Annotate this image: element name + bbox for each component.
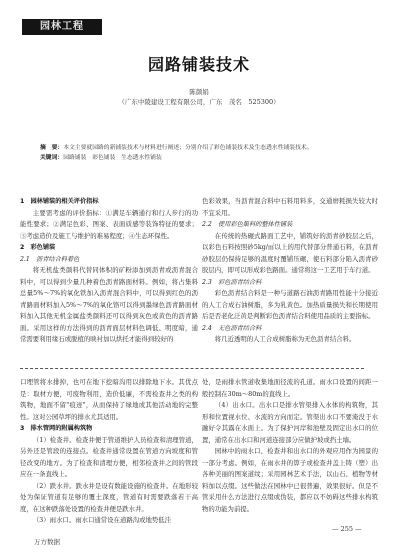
subsection-heading: 2.3 彩色沥青结合料 xyxy=(202,277,378,289)
paragraph: 在传统的热碾式路面工艺中，铺筑好的沥青砂胶层之后，以彩色石料按照砂5kg/㎡以上… xyxy=(202,231,378,277)
paragraph: （3）雨水口。雨水口通常设在道路沟或地势低洼 xyxy=(20,515,198,527)
paragraph: （2）跌水井。跌水井是设有数能设施的检查井。在地形较处为保证管道有足够的覆土深度… xyxy=(20,481,198,516)
section-heading: 3 排水管网的附属构筑物 xyxy=(20,423,198,435)
column-bottom-left: 口埋管将水排掉，也可在地下挖暗沟用以排除地下水。其优点是：取材方便，可废物利用，… xyxy=(20,377,198,527)
paragraph: 处，是雨排水管道收集地面径流的孔道。雨水口设置的间距一般控制在30m～80m的直… xyxy=(202,377,378,400)
abstract-label: 摘 要： xyxy=(40,145,63,151)
paragraph: 口埋管将水排掉，也可在地下挖暗沟用以排除地下水。其优点是：取材方便，可废物利用，… xyxy=(20,377,198,423)
subsection-heading: 2.4 无色沥青结合料 xyxy=(202,323,378,335)
column-bottom-right: 处，是雨排水管道收集地面径流的孔道。雨水口设置的间距一般控制在30m～80m的直… xyxy=(202,377,378,515)
keywords-text: 园路铺装 彩色铺装 生态透水性铺装 xyxy=(63,155,162,161)
section-tag: 园林工程 xyxy=(22,19,102,35)
affiliation: （广东中陵建设工程有限公司，广东 茂名 525300） xyxy=(0,97,398,106)
section-divider xyxy=(20,368,364,369)
abstract: 摘 要：本文主要就园路的新铺装技术与材料进行阐述；分别介绍了彩色铺装技术及生态透… xyxy=(40,143,370,153)
paragraph: （4）出水口。出水口是排水管渠排入水体的构筑物，其形和位置视水位、水流的方向而定… xyxy=(202,400,378,446)
paragraph: 色彩效果，当沥青混合料中石料用料多，交通磨耗损失较大时不宜采用。 xyxy=(202,196,378,219)
subsection-heading: 2.2 使用彩色集料的整体性铺装 xyxy=(202,219,378,231)
abstract-block: 摘 要：本文主要就园路的新铺装技术与材料进行阐述；分别介绍了彩色铺装技术及生态透… xyxy=(40,143,370,163)
keywords: 关键词：园路铺装 彩色铺装 生态透水性铺装 xyxy=(40,153,370,163)
paragraph: 园林中的雨水口、检查井和出水口的外观应用作为园景的一部分考虑。例如，在雨水井的箅… xyxy=(202,446,378,515)
paragraph: （1）检查井。检查井便于管道维护人员检查和清理管道，另外还是管段的连接点。检查井… xyxy=(20,435,198,481)
column-top-right: 色彩效果，当沥青混合料中石料用料多，交通磨耗损失较大时不宜采用。2.2 使用彩色… xyxy=(202,196,378,346)
page-number: — 255 — xyxy=(332,525,362,533)
section-heading: 2 彩色铺装 xyxy=(20,242,198,254)
subsection-heading: 2.1 沥青结合料着色 xyxy=(20,254,198,266)
author: 陈颜娟 xyxy=(0,87,398,96)
column-top-left: 1 园林铺装的相关评价指标主要需考虑的评价指标：①满足车辆通行和行人步行的功能性… xyxy=(20,196,198,346)
abstract-text: 本文主要就园路的新铺装技术与材料进行阐述；分别介绍了彩色铺装技术及生态透水性铺装… xyxy=(63,145,312,151)
section-heading: 1 园林铺装的相关评价指标 xyxy=(20,196,198,208)
paragraph: 彩色沥青结合料是一种与道路石油沥青路用性能十分接近的人工合成石油树脂，多为乳黄色… xyxy=(202,288,378,323)
source-footer: 万方数据 xyxy=(34,537,60,546)
article-title: 园路铺装技术 xyxy=(0,52,398,75)
paragraph: 主要需考虑的评价指标：①满足车辆通行和行人步行的功能性要求；②满足色彩、图案、表… xyxy=(20,208,198,243)
paragraph: 将无机盐类颜料代替同体积的矿粉添加到沥青或沥青混合料中，可以得到少量几种着色沥青… xyxy=(20,265,198,346)
keywords-label: 关键词： xyxy=(40,155,63,161)
paragraph: 将几近透明的人工合成树脂称为无色沥青结合料。 xyxy=(202,334,378,346)
